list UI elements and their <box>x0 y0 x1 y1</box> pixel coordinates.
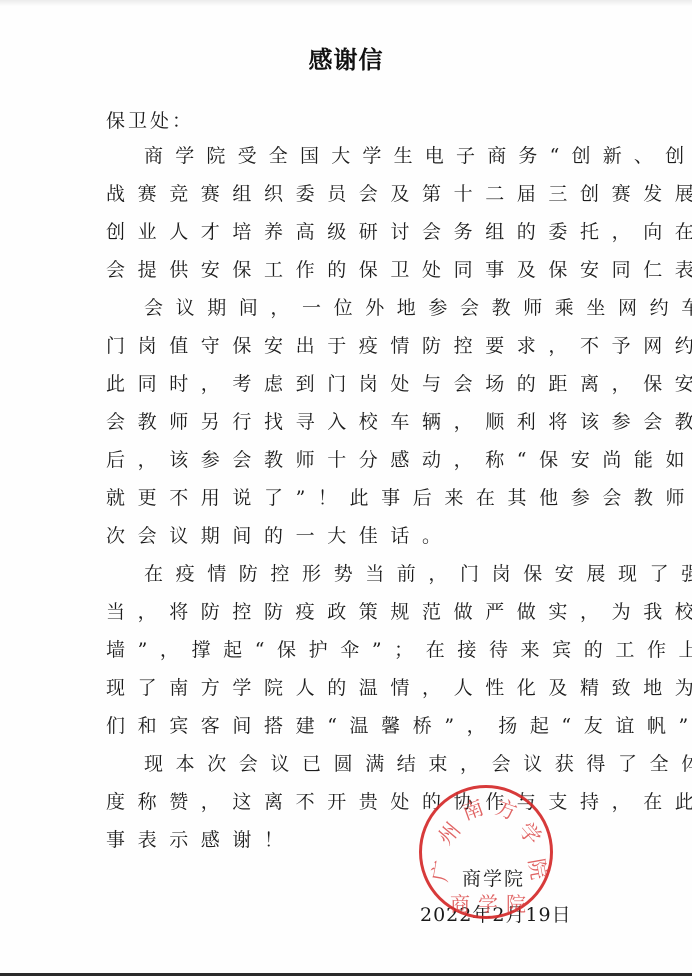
scan-edge-top <box>0 0 692 6</box>
signature: 商学院 <box>462 864 525 891</box>
date: 2022年2月19日 <box>420 900 572 927</box>
letter-page: 感谢信 保卫处： 商学院受全国大学生电子商务“创新、创意及创业”挑 战赛竞赛组织… <box>0 0 692 976</box>
stamp-outer-char: 广 <box>424 858 457 884</box>
paragraph-line: 会教师另行找寻入校车辆，顺利将该参会教师送达会场。事 <box>106 410 618 434</box>
paragraph-line: 次会议期间的一大佳话。 <box>106 524 618 548</box>
paragraph-line: 在疫情防控形势当前，门岗保安展现了强烈的责任担 <box>144 562 656 586</box>
paragraph-line: 们和宾客间搭建“温馨桥”，扬起“友谊帆”。 <box>106 714 618 738</box>
paragraph-line: 事表示感谢！ <box>106 828 618 852</box>
paragraph-line: 商学院受全国大学生电子商务“创新、创意及创业”挑 <box>144 144 656 168</box>
paragraph-line: 后，该参会教师十分感动，称“保安尚能如此优秀，其他人 <box>106 448 618 472</box>
paragraph-line: 会议期间，一位外地参会教师乘坐网约车至我校门口， <box>144 296 656 320</box>
salutation: 保卫处： <box>106 106 194 133</box>
stamp-outer-char: 院 <box>522 856 555 882</box>
paragraph-line: 会提供安保工作的保卫处同事及保安同仁表示诚挚的感谢。 <box>106 258 618 282</box>
paragraph-line: 当，将防控防疫政策规范做严做实，为我校师生筑牢“防护 <box>106 600 618 624</box>
paragraph-line: 度称赞，这离不开贵处的协作与支持，在此，特向贵处诸同 <box>106 790 618 814</box>
paragraph-line: 墙”，撑起“保护伞”；在接待来宾的工作上，门岗保安体 <box>106 638 618 662</box>
paragraph-line: 战赛竞赛组织委员会及第十二届三创赛发展与新文科创新 <box>106 182 618 206</box>
paragraph-line: 现本次会议已圆满结束，会议获得了全体参会人员的高 <box>144 752 656 776</box>
paragraph-line: 就更不用说了”！此事后来在其他参会教师间传颂，成为本 <box>106 486 618 510</box>
paragraph-line: 创业人才培养高级研讨会务组的委托，向在研讨会期间为大 <box>106 220 618 244</box>
letter-title: 感谢信 <box>0 40 692 75</box>
paragraph-line: 此同时，考虑到门岗处与会场的距离，保安又贴心地为该参 <box>106 372 618 396</box>
paragraph-line: 门岗值守保安出于疫情防控要求，不予网约车司机入校，与 <box>106 334 618 358</box>
paragraph-line: 现了南方学院人的温情，人性化及精致地为来宾服务，为我 <box>106 676 618 700</box>
